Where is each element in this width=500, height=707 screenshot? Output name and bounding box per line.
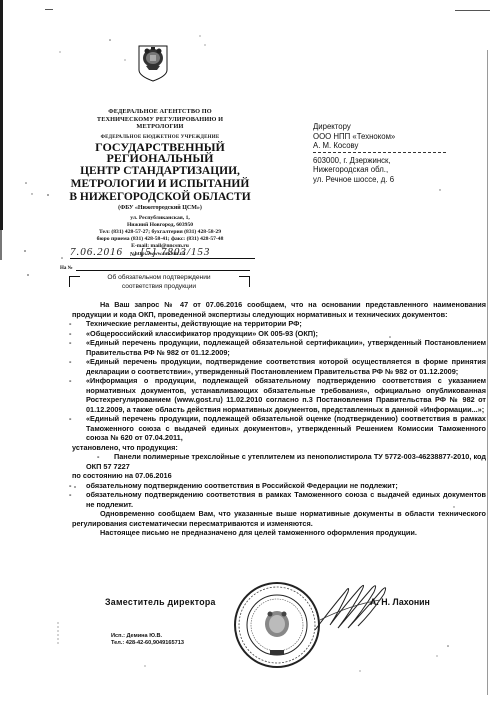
- document-item: «Информация о продукции, подлежащей обяз…: [72, 376, 486, 414]
- institution-type: ФЕДЕРАЛЬНОЕ БЮДЖЕТНОЕ УЧРЕЖДЕНИЕ: [60, 135, 260, 140]
- document-item: «Единый перечень продукции, подтверждени…: [72, 357, 486, 376]
- letter-body: На Ваш запрос № 47 от 07.06.2016 сообщае…: [72, 300, 486, 538]
- scan-edge-right: [487, 50, 488, 695]
- institution-short-name: (ФБУ «Нижегородский ЦСМ»): [60, 205, 260, 211]
- letterhead: ФЕДЕРАЛЬНОЕ АГЕНТСТВО ПО ТЕХНИЧЕСКОМУ РЕ…: [60, 108, 260, 258]
- scan-edge-left-lower: [0, 230, 2, 260]
- scan-edge-left: [0, 0, 3, 230]
- notice-paragraph: Одновременно сообщаем Вам, что указанные…: [72, 509, 486, 528]
- conclusion-item: обязательному подтверждению соответствия…: [72, 490, 486, 509]
- registration-number: [5] 7803/153: [140, 246, 210, 258]
- addressee-address: 603000, г. Дзержинск, Нижегородская обл.…: [313, 156, 458, 185]
- executor-name: Исп.: Демина Ю.В.: [111, 633, 184, 640]
- addressee-position: Директору: [313, 122, 458, 132]
- signatory-name: А. Н. Лахонин: [370, 597, 430, 607]
- addressee-person: А. М. Косову: [313, 141, 458, 151]
- intro-paragraph: На Ваш запрос № 47 от 07.06.2016 сообщае…: [72, 300, 486, 319]
- registration-line: 7.06.2016 № [5] 7803/153: [70, 244, 255, 259]
- reference-label: На №: [60, 266, 73, 271]
- addressee-divider: [313, 152, 446, 153]
- executor-info: Исп.: Демина Ю.В. Тел.: 428-42-60,904916…: [111, 633, 184, 647]
- institution-name: ГОСУДАРСТВЕННЫЙ РЕГИОНАЛЬНЫЙ ЦЕНТР СТАНД…: [60, 142, 260, 203]
- reference-line: На №: [60, 262, 250, 271]
- russian-coat-of-arms-icon: [135, 44, 171, 82]
- scan-mark: [455, 10, 490, 11]
- signature-block: Заместитель директора А. Н. Лахонин: [100, 597, 470, 611]
- reference-blank: [76, 270, 250, 271]
- document-item: Технические регламенты, действующие на т…: [72, 319, 486, 329]
- addressee-company: ООО НПП «Техноком»: [313, 132, 458, 142]
- addressee: Директору ООО НПП «Техноком» А. М. Косов…: [313, 122, 458, 184]
- registration-date: 7.06.2016: [70, 246, 126, 258]
- letter-subject: Об обязательном подтверждении соответств…: [69, 273, 249, 295]
- document-item: «Общероссийский классификатор продукции»…: [72, 329, 486, 339]
- document-item: «Единый перечень продукции, подлежащей о…: [72, 338, 486, 357]
- established-line: установлено, что продукция:: [72, 443, 486, 453]
- agency-name: ФЕДЕРАЛЬНОЕ АГЕНТСТВО ПО ТЕХНИЧЕСКОМУ РЕ…: [60, 108, 260, 131]
- disclaimer-paragraph: Настоящее письмо не предназначено для це…: [72, 528, 486, 538]
- scan-mark: [45, 9, 53, 10]
- executor-phone: Тел.: 428-42-60,9049165713: [111, 640, 184, 647]
- number-label: №: [130, 252, 136, 258]
- product-description: Панели полимерные трехслойные с утеплите…: [72, 452, 486, 471]
- as-of-line: по состоянию на 07.06.2016: [72, 471, 486, 481]
- official-round-seal-icon: [232, 580, 322, 670]
- document-item: «Единый перечень продукции, подлежащей о…: [72, 414, 486, 443]
- conclusion-item: обязательному подтверждению соответствия…: [72, 481, 486, 491]
- signatory-title: Заместитель директора: [105, 597, 216, 607]
